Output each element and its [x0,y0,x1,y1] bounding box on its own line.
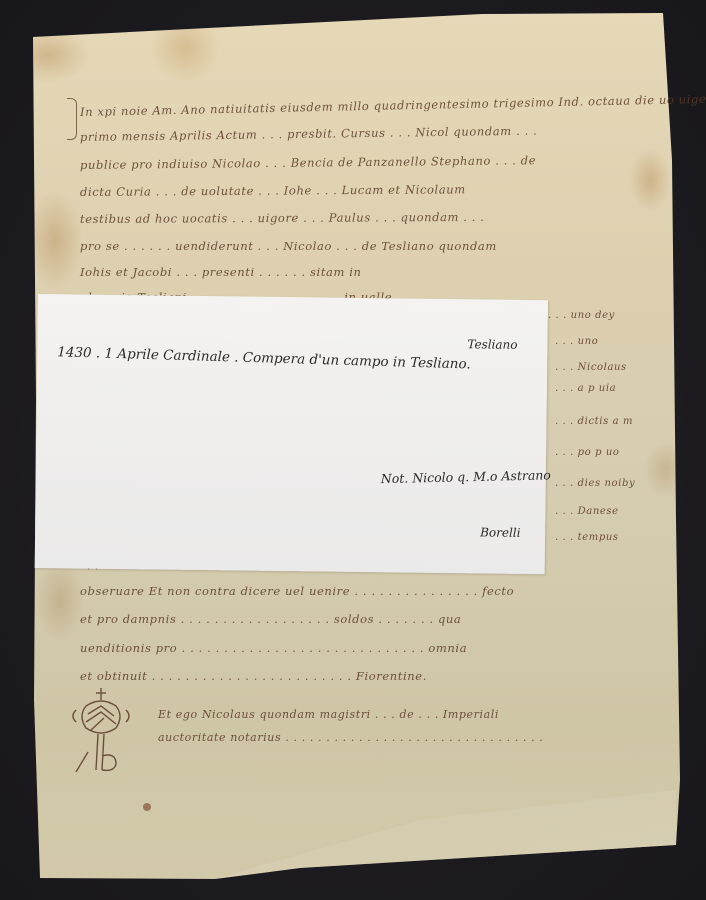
label-place: Tesliano [467,337,517,352]
archival-label: Tesliano 1430 . 1 Aprile Cardinale . Com… [35,294,548,574]
manuscript-line: . . . tempus [555,532,619,543]
manuscript-line: dicta Curia . . . de uolutate . . . Iohe… [80,182,466,199]
ink-spot [143,803,151,811]
manuscript-line: . . . dictis a m [555,416,633,427]
manuscript-line: . . . a p uia [555,383,616,394]
manuscript-line: . . . dies noiby [555,478,635,489]
manuscript-line: . . . uno dey [548,310,615,321]
manuscript-line: . . . po p uo [555,447,620,458]
manuscript-line: uenditionis pro . . . . . . . . . . . . … [80,641,467,655]
manuscript-line: . . . Nicolaus [555,362,627,373]
subscription-line: auctoritate notarius . . . . . . . . . .… [158,731,543,744]
manuscript-line: obseruare Et non contra dicere uel uenir… [80,584,514,598]
notarial-sign-icon [66,686,136,776]
manuscript-line: et obtinuit . . . . . . . . . . . . . . … [80,669,427,683]
manuscript-line: . . . Danese [555,506,619,517]
manuscript-line: pro se . . . . . . uendiderunt . . . Nic… [80,239,497,253]
label-notary: Not. Nicolo q. M.o Astrano [381,467,551,486]
manuscript-line: Iohis et Jacobi . . . presenti . . . . .… [80,265,362,279]
manuscript-line: et pro dampnis . . . . . . . . . . . . .… [80,612,461,626]
opening-bracket [67,98,77,140]
manuscript-line: . . . uno [555,336,598,347]
subscription-line: Et ego Nicolaus quondam magistri . . . d… [158,708,499,721]
manuscript-line: testibus ad hoc uocatis . . . uigore . .… [80,210,485,226]
label-initials: Borelli [480,525,521,539]
label-main-line: 1430 . 1 Aprile Cardinale . Compera d'un… [57,344,471,372]
